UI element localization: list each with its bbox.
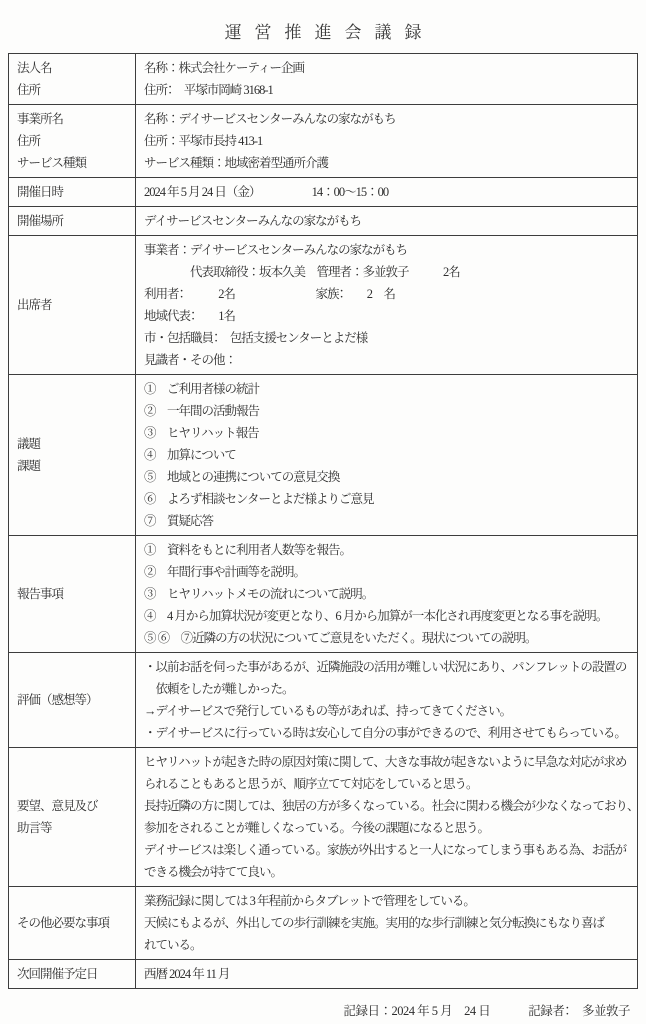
row-label-evaluation: 評価（感想等）: [9, 653, 136, 748]
table-row-evaluation: 評価（感想等） ・以前お話を伺った事があるが、近隣施設の活用が難しい状況にあり、…: [9, 653, 638, 748]
row-label-other-items: その他必要な事項: [9, 887, 136, 960]
row-label-line: 次回開催予定日: [17, 963, 129, 985]
text-line: ヒヤリハットが起きた時の原因対策に関して、大きな事故が起きないように早急な対応が…: [144, 751, 631, 773]
text-line: 2024 年 5 月 24 日（金） 14：00～15：00: [144, 181, 631, 203]
text-line: ・以前お話を伺った事があるが、近隣施設の活用が難しい状況にあり、パンフレットの設…: [144, 656, 631, 678]
row-content-evaluation: ・以前お話を伺った事があるが、近隣施設の活用が難しい状況にあり、パンフレットの設…: [136, 653, 638, 748]
row-label-line: その他必要な事項: [17, 912, 129, 934]
text-line: ② 一年間の活動報告: [144, 400, 631, 422]
text-line: 市・包括職員： 包括支援センターとよだ様: [144, 327, 631, 349]
table-row-corporation: 法人名 住所 名称：株式会社ケーティー企画 住所： 平塚市岡崎 3168-1: [9, 54, 638, 105]
text-line: ④ 4 月から加算状況が変更となり、6 月から加算が一本化され再度変更となる事を…: [144, 605, 631, 627]
row-label-line: 住所: [17, 130, 129, 152]
text-line: 天候にもよるが、外出しての歩行訓練を実施。実用的な歩行訓練と気分転換にもなり喜ば: [144, 912, 631, 934]
row-label-line: 開催場所: [17, 210, 129, 232]
text-line: ② 年間行事や計画等を説明。: [144, 561, 631, 583]
row-content-datetime: 2024 年 5 月 24 日（金） 14：00～15：00: [136, 178, 638, 207]
text-line: 事業者：デイサービスセンターみんなの家ながもち: [144, 239, 631, 261]
row-label-datetime: 開催日時: [9, 178, 136, 207]
row-label-line: 議題: [17, 433, 129, 455]
record-footer: 記録日：2024 年 5 月 24 日 記録者： 多並敦子: [0, 1001, 636, 1024]
row-content-agenda: ① ご利用者様の統計 ② 一年間の活動報告 ③ ヒヤリハット報告 ④ 加算につい…: [136, 375, 638, 536]
row-label-line: 出席者: [17, 294, 129, 316]
row-label-line: 事業所名: [17, 108, 129, 130]
page-title: 運営推進会議録: [0, 0, 646, 43]
table-row-next-meeting: 次回開催予定日 西暦 2024 年 11 月: [9, 960, 638, 989]
row-label-next-meeting: 次回開催予定日: [9, 960, 136, 989]
text-line: ⑦ 質疑応答: [144, 510, 631, 532]
row-label-line: 開催日時: [17, 181, 129, 203]
row-content-other-items: 業務記録に関しては 3 年程前からタブレットで管理をしている。 天候にもよるが、…: [136, 887, 638, 960]
text-line: ⑤ 地域との連携についての意見交換: [144, 466, 631, 488]
text-line: ⑤ ⑥ ⑦近隣の方の状況についてご意見をいただく。現状についての説明。: [144, 627, 631, 649]
row-label-line: サービス種類: [17, 152, 129, 174]
row-content-corporation: 名称：株式会社ケーティー企画 住所： 平塚市岡崎 3168-1: [136, 54, 638, 105]
table-row-office: 事業所名 住所 サービス種類 名称：デイサービスセンターみんなの家ながもち 住所…: [9, 105, 638, 178]
row-label-line: 課題: [17, 455, 129, 477]
text-line: ③ ヒヤリハット報告: [144, 422, 631, 444]
meeting-record-page: 運営推進会議録 法人名 住所 名称：株式会社ケーティー企画 住所： 平塚市岡崎 …: [0, 0, 646, 1024]
text-line: ① ご利用者様の統計: [144, 378, 631, 400]
recorder-name: 記録者： 多並敦子: [528, 1001, 630, 1021]
table-row-requests: 要望、意見及び 助言等 ヒヤリハットが起きた時の原因対策に関して、大きな事故が起…: [9, 748, 638, 887]
table-row-agenda: 議題 課題 ① ご利用者様の統計 ② 一年間の活動報告 ③ ヒヤリハット報告 ④…: [9, 375, 638, 536]
text-line: 利用者： 2名 家族： 2 名: [144, 283, 631, 305]
row-label-venue: 開催場所: [9, 207, 136, 236]
row-label-line: 住所: [17, 79, 129, 101]
text-line: 住所： 平塚市岡崎 3168-1: [144, 79, 631, 101]
meeting-record-table: 法人名 住所 名称：株式会社ケーティー企画 住所： 平塚市岡崎 3168-1 事…: [8, 53, 638, 989]
table-row-attendees: 出席者 事業者：デイサービスセンターみんなの家ながもち 代表取締役：坂本久美 管…: [9, 236, 638, 375]
text-line: ① 資料をもとに利用者人数等を報告。: [144, 539, 631, 561]
text-line: 長持近隣の方に関しては、独居の方が多くなっている。社会に関わる機会が少なくなって…: [144, 795, 631, 817]
text-line: ③ ヒヤリハットメモの流れについて説明。: [144, 583, 631, 605]
row-label-line: 法人名: [17, 57, 129, 79]
text-line: できる機会が持てて良い。: [144, 861, 631, 883]
text-line: デイサービスは楽しく通っている。家族が外出すると一人になってしまう事もある為、お…: [144, 839, 631, 861]
table-row-venue: 開催場所 デイサービスセンターみんなの家ながもち: [9, 207, 638, 236]
text-line: 名称：デイサービスセンターみんなの家ながもち: [144, 108, 631, 130]
row-label-agenda: 議題 課題: [9, 375, 136, 536]
text-line: 西暦 2024 年 11 月: [144, 963, 631, 985]
row-label-line: 助言等: [17, 817, 129, 839]
text-line: 業務記録に関しては 3 年程前からタブレットで管理をしている。: [144, 890, 631, 912]
row-label-office: 事業所名 住所 サービス種類: [9, 105, 136, 178]
row-content-next-meeting: 西暦 2024 年 11 月: [136, 960, 638, 989]
text-line: サービス種類：地域密着型通所介護: [144, 152, 631, 174]
row-label-corporation: 法人名 住所: [9, 54, 136, 105]
text-line: 住所：平塚市長持 413-1: [144, 130, 631, 152]
text-line: れている。: [144, 934, 631, 956]
text-line: 地域代表： 1名: [144, 305, 631, 327]
record-date: 記録日：2024 年 5 月 24 日: [343, 1001, 490, 1021]
row-label-line: 評価（感想等）: [17, 689, 129, 711]
text-line: 代表取締役：坂本久美 管理者：多並敦子 2名: [144, 261, 631, 283]
text-line: ⑥ よろず相談センターとよだ様よりご意見: [144, 488, 631, 510]
text-line: ④ 加算について: [144, 444, 631, 466]
text-line: 依頼をしたが難しかった。: [144, 678, 631, 700]
text-line: られることもあると思うが、順序立てて対応をしていると思う。: [144, 773, 631, 795]
row-content-office: 名称：デイサービスセンターみんなの家ながもち 住所：平塚市長持 413-1 サー…: [136, 105, 638, 178]
table-row-other-items: その他必要な事項 業務記録に関しては 3 年程前からタブレットで管理をしている。…: [9, 887, 638, 960]
signature-line: 記録日：2024 年 5 月 24 日 記録者： 多並敦子: [341, 1001, 636, 1024]
row-label-attendees: 出席者: [9, 236, 136, 375]
row-label-line: 要望、意見及び: [17, 795, 129, 817]
row-label-reports: 報告事項: [9, 536, 136, 653]
row-label-line: 報告事項: [17, 583, 129, 605]
row-content-reports: ① 資料をもとに利用者人数等を報告。 ② 年間行事や計画等を説明。 ③ ヒヤリハ…: [136, 536, 638, 653]
table-row-datetime: 開催日時 2024 年 5 月 24 日（金） 14：00～15：00: [9, 178, 638, 207]
row-content-venue: デイサービスセンターみんなの家ながもち: [136, 207, 638, 236]
row-content-attendees: 事業者：デイサービスセンターみんなの家ながもち 代表取締役：坂本久美 管理者：多…: [136, 236, 638, 375]
text-line: →デイサービスで発行しているもの等があれば、持ってきてください。: [144, 700, 631, 722]
row-label-requests: 要望、意見及び 助言等: [9, 748, 136, 887]
text-line: 見識者・その他：: [144, 349, 631, 371]
row-content-requests: ヒヤリハットが起きた時の原因対策に関して、大きな事故が起きないように早急な対応が…: [136, 748, 638, 887]
text-line: 名称：株式会社ケーティー企画: [144, 57, 631, 79]
text-line: 参加をされることが難しくなっている。今後の課題になると思う。: [144, 817, 631, 839]
table-row-reports: 報告事項 ① 資料をもとに利用者人数等を報告。 ② 年間行事や計画等を説明。 ③…: [9, 536, 638, 653]
text-line: デイサービスセンターみんなの家ながもち: [144, 210, 631, 232]
text-line: ・デイサービスに行っている時は安心して自分の事ができるので、利用させてもらってい…: [144, 722, 631, 744]
